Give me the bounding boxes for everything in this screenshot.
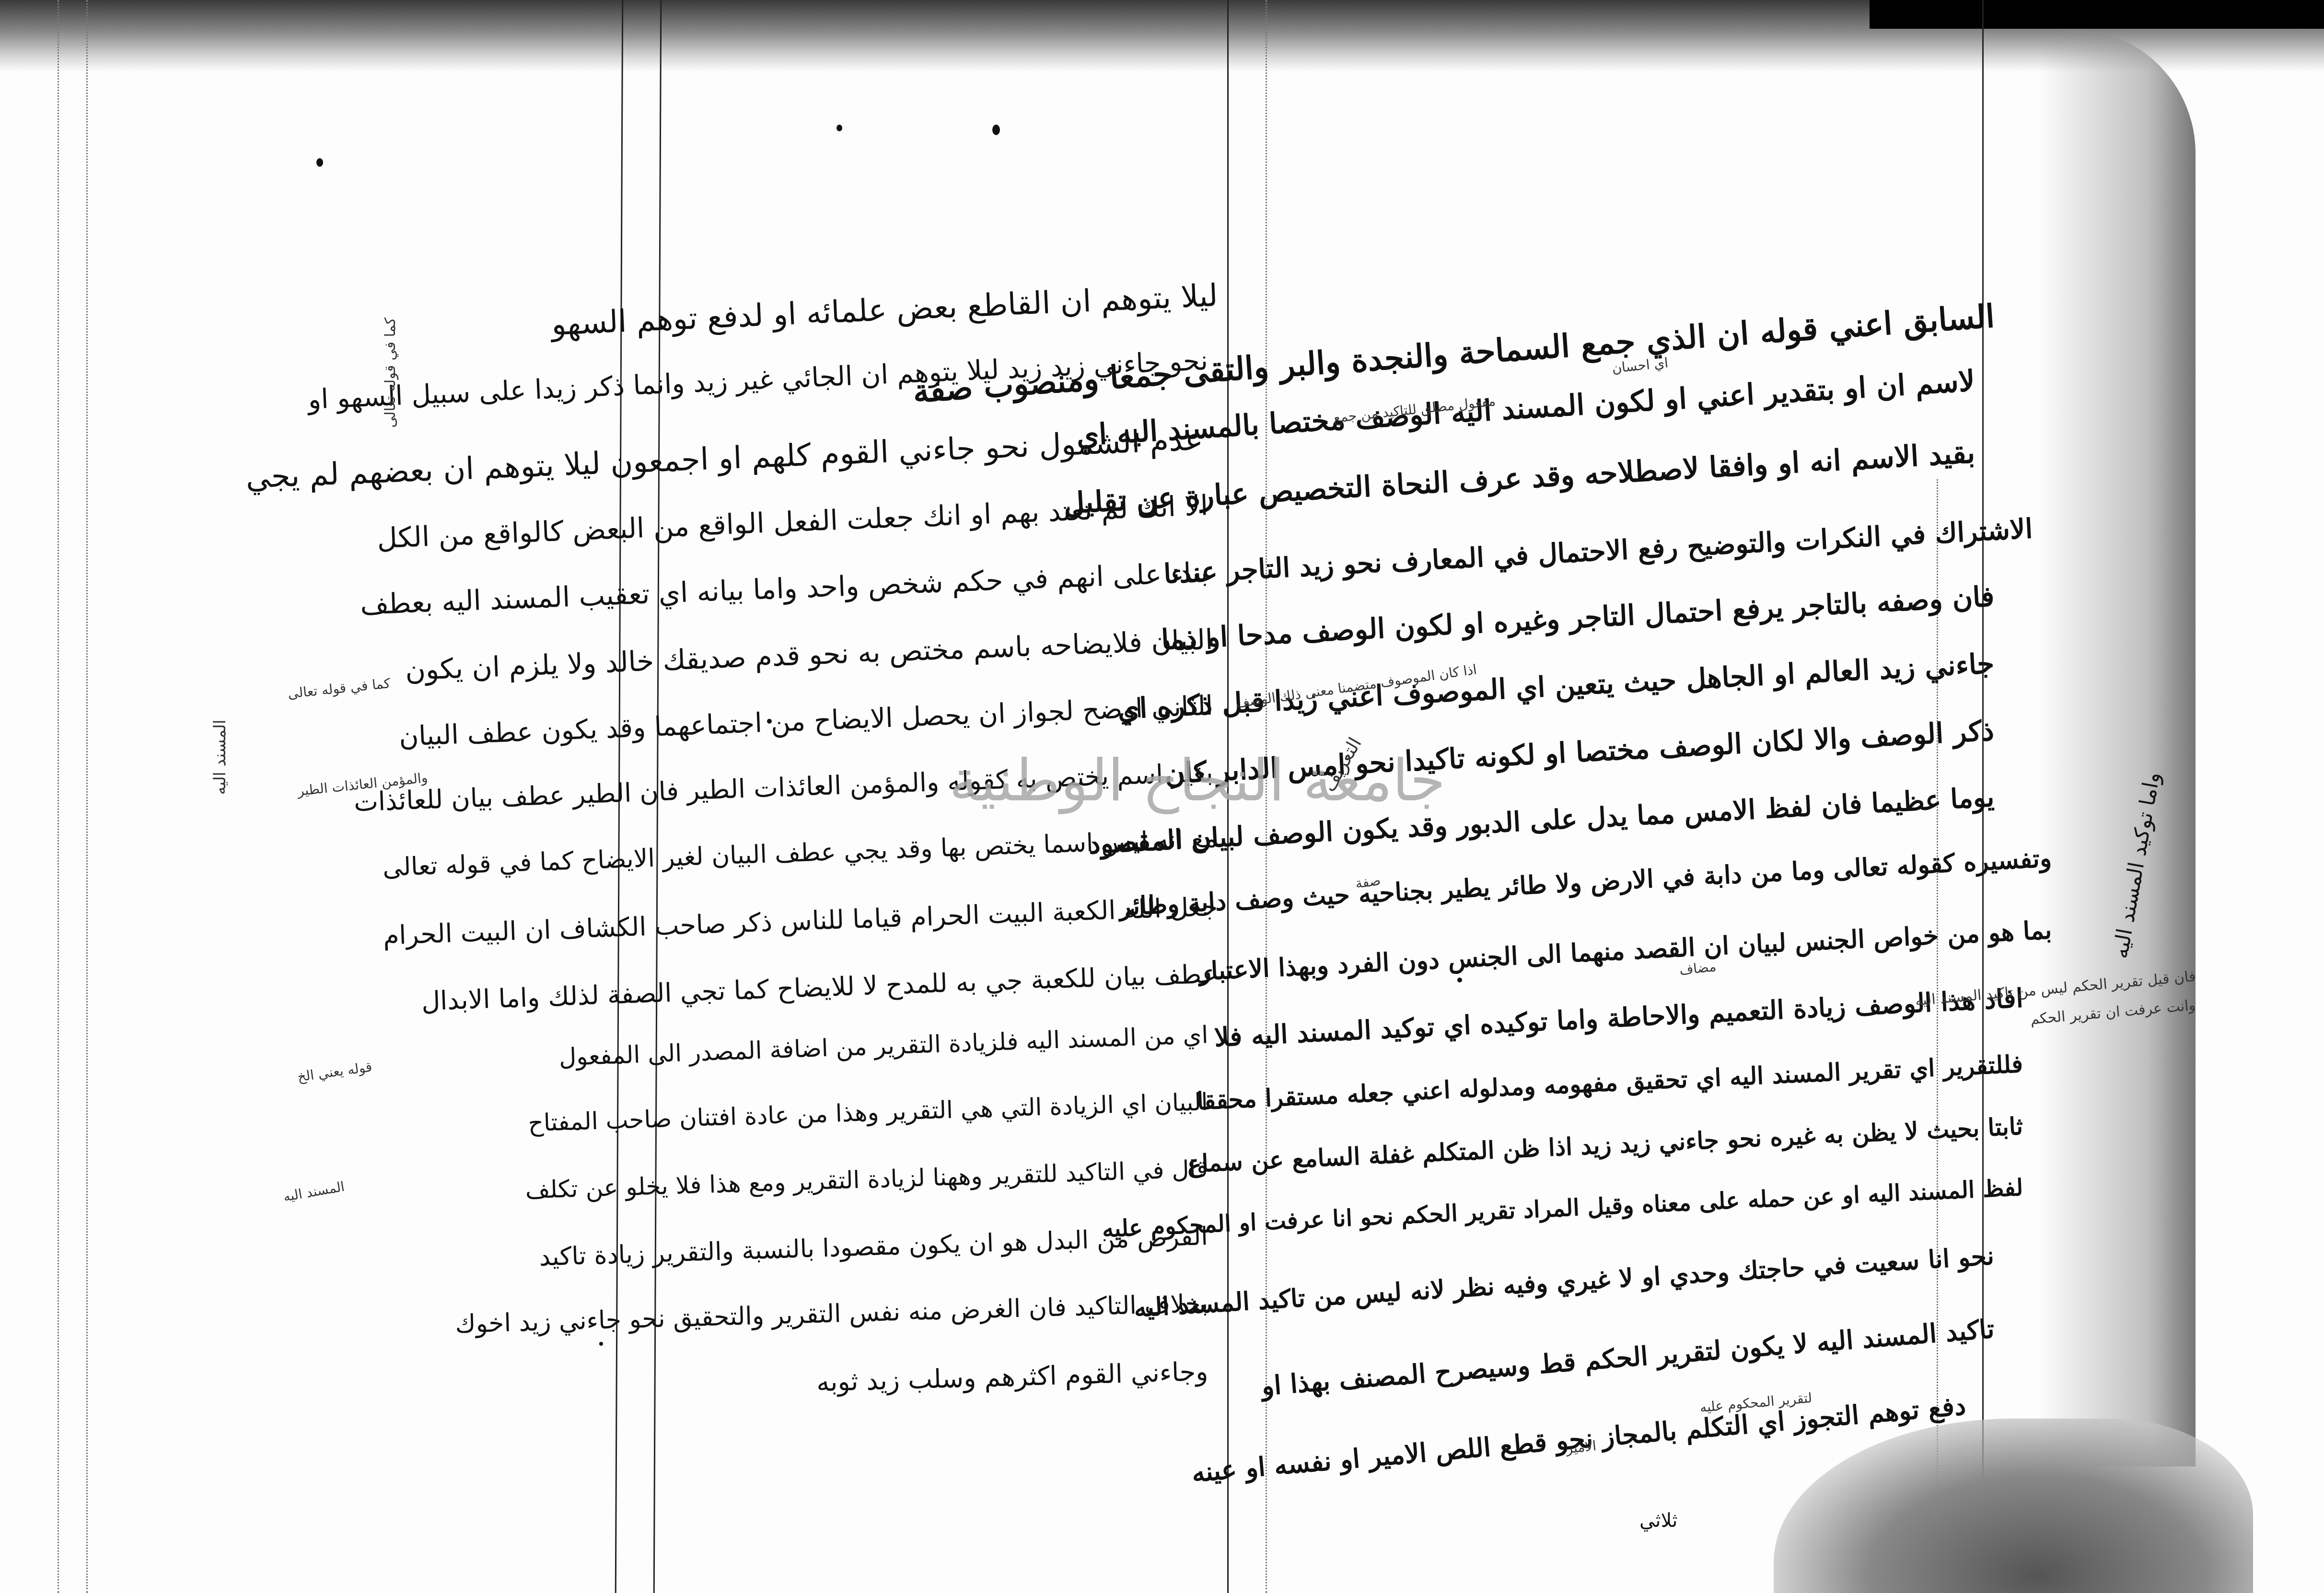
left-edge-rule [58, 0, 59, 1593]
text-line: اي من المسند اليه فلزيادة التقرير من اضا… [558, 1021, 1208, 1071]
watermark: جامعة النجاح الوطنية [949, 748, 1445, 814]
margin-note: الامير [1566, 1438, 1597, 1456]
margin-note: قوله يعني الخ [296, 1059, 373, 1085]
left-page: ليلا يتوهم ان القاطع بعض علمائه او لدفع … [297, 58, 1218, 1593]
left-edge-rule [86, 0, 88, 1593]
text-line: فان وصفه بالتاجر يرفع احتمال التاجر وغير… [1160, 580, 1995, 656]
text-line: بناء على انهم في حكم شخص واحد واما بيانه… [360, 556, 1208, 621]
text-line: بما هو من خواص الجنس لبيان ان القصد منهم… [1198, 915, 2052, 986]
scan-top-black-edge [1870, 0, 2324, 29]
ink-speck [599, 1342, 603, 1346]
text-line: البيان اي الزيادة التي هي التقرير وهذا م… [528, 1088, 1208, 1137]
text-line: قال في التاكيد للتقرير وههنا لزيادة التق… [525, 1155, 1208, 1204]
text-line: جعل الله الكعبة البيت الحرام قياما للناس… [383, 891, 1218, 951]
margin-note: المسند اليه [282, 1178, 346, 1205]
text-line: تاكيد المسند اليه لا يكون لتقرير الحكم ق… [1260, 1313, 1995, 1401]
text-line: البيان فلايضاحه باسم مختص به نحو قدم صدي… [405, 623, 1213, 687]
margin-note: وانت عرفت ان تقرير الحكم [2030, 997, 2196, 1028]
text-line: وتفسيره كقوله تعالى وما من دابة في الارض… [1118, 843, 2052, 922]
manuscript-scan: ليلا يتوهم ان القاطع بعض علمائه او لدفع … [0, 0, 2324, 1593]
text-line: نحو انا سعيت في حاجتك وحدي او لا غيري وف… [1133, 1241, 1995, 1323]
catchword: ثلاثي [1639, 1510, 1677, 1532]
text-line: فللتقرير اي تقرير المسند اليه اي تحقيق م… [1197, 1050, 2024, 1115]
margin-note: كما في قوله تعالى [287, 675, 391, 702]
text-line: الاشتراك في النكرات والتوضيح رفع الاحتما… [1163, 513, 2033, 590]
vertical-margin-note: المسند اليه [210, 719, 230, 795]
text-line: وجاءني القوم اكثرهم وسلب زيد ثوبه [816, 1356, 1208, 1397]
ink-speck [316, 158, 323, 167]
text-line: بخلاف التاكيد فان الغرض منه نفس التقرير … [455, 1289, 1208, 1339]
text-line: عدم الشمول نحو جاءني القوم كلهم او اجمعو… [245, 422, 1204, 496]
text-line: ثابتا بحيث لا يظن به غيره نحو جاءني زيد … [1187, 1112, 2024, 1178]
text-line: ليلا يتوهم ان القاطع بعض علمائه او لدفع … [550, 278, 1218, 343]
ink-speck [767, 719, 772, 724]
text-line: افاد هذا الوصف زيادة التعميم والاحاطة وا… [1213, 982, 2024, 1052]
vertical-margin-note: كما في قوله تعالى [382, 318, 399, 428]
ink-speck [992, 125, 1000, 135]
text-line: الثاني اوضح لجواز ان يحصل الايضاح من اجت… [398, 690, 1214, 752]
text-line: جاءني زيد العالم او الجاهل حيث يتعين اي … [1117, 647, 1995, 726]
margin-note: مضاف [1679, 958, 1717, 978]
text-line: دفع توهم التجوز اي التكلم بالمجاز نحو قط… [1190, 1390, 1967, 1488]
right-page: السابق اعني قوله ان الذي جمع السماحة وال… [1237, 58, 2196, 1593]
ink-speck [837, 125, 842, 131]
ink-speck [1457, 978, 1462, 982]
text-line: عطف بيان للكعبة جي به للمدح لا للايضاح ك… [421, 958, 1218, 1016]
text-line: لفظ المسند اليه او عن حمله على معناه وقي… [1101, 1174, 2023, 1243]
